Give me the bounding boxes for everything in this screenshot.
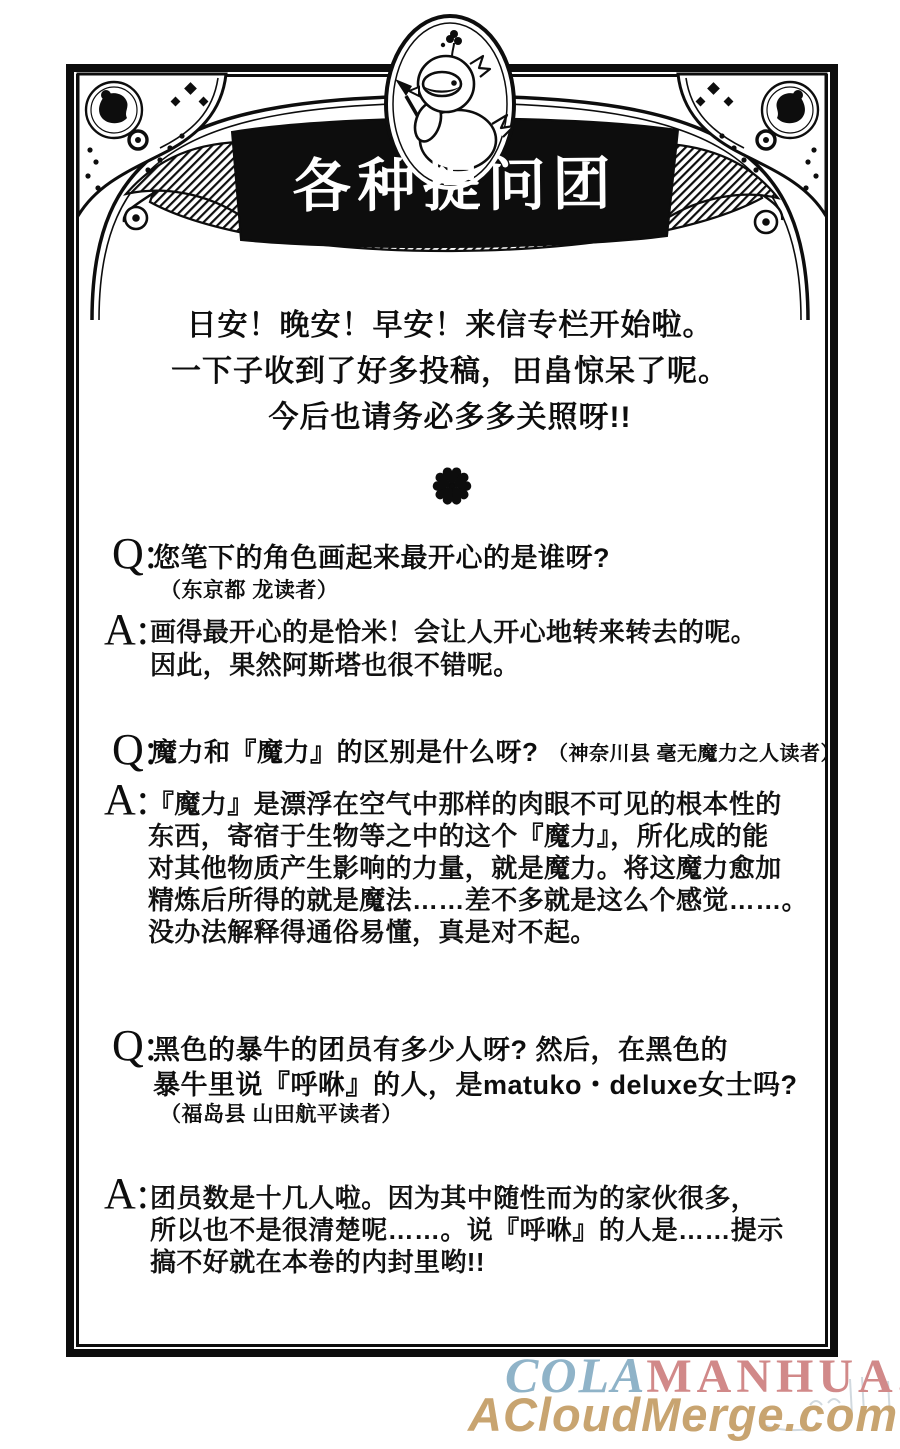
question-line: 魔力和『魔力』的区别是什么呀? bbox=[151, 732, 538, 769]
answer-line: 画得最开心的是恰米！会让人开心地转来转去的呢。 bbox=[150, 612, 757, 649]
clover-flower-icon bbox=[430, 462, 474, 506]
question-line: 暴牛里说『呼咻』的人，是matuko・deluxe女士吗? bbox=[153, 1063, 798, 1102]
question-line: 您笔下的角色画起来最开心的是谁呀? bbox=[153, 536, 610, 575]
answer-label: A: bbox=[104, 1168, 150, 1219]
question-attribution: （神奈川县 毫无魔力之人读者） bbox=[548, 737, 841, 766]
answer-line: 没办法解释得通俗易懂，真是对不起。 bbox=[148, 912, 597, 949]
intro-text: 日安！晚安！早安！来信专栏开始啦。 一下子收到了好多投稿，田畠惊呆了呢。 今后也… bbox=[110, 303, 790, 441]
banner-title: 各种提问团 bbox=[235, 136, 676, 224]
answer-line: 搞不好就在本卷的内封里哟!! bbox=[150, 1242, 485, 1279]
question-line: 黑色的暴牛的团员有多少人呀? 然后，在黑色的 bbox=[153, 1028, 728, 1067]
question-attribution: （福岛县 山田航平读者） bbox=[160, 1098, 403, 1128]
manga-qa-page: 各种提问团 日安！晚安！早安！来信专栏开始啦。 一下子收到了好多投稿，田畠惊呆了… bbox=[0, 0, 900, 1449]
answer-label: A: bbox=[104, 604, 150, 655]
intro-line: 日安！晚安！早安！来信专栏开始啦。 bbox=[110, 303, 790, 349]
answer-label: A: bbox=[104, 774, 150, 825]
intro-line: 今后也请务必多多关照呀!! bbox=[110, 395, 790, 441]
question-attribution: （东京都 龙读者） bbox=[160, 574, 338, 604]
watermark-acloudmerge: ACloudMerge.com bbox=[468, 1391, 898, 1438]
question-label: Q: bbox=[112, 528, 158, 579]
answer-line: 因此，果然阿斯塔也很不错呢。 bbox=[150, 645, 520, 682]
question-label: Q: bbox=[112, 1020, 158, 1071]
intro-line: 一下子收到了好多投稿，田畠惊呆了呢。 bbox=[110, 349, 790, 395]
